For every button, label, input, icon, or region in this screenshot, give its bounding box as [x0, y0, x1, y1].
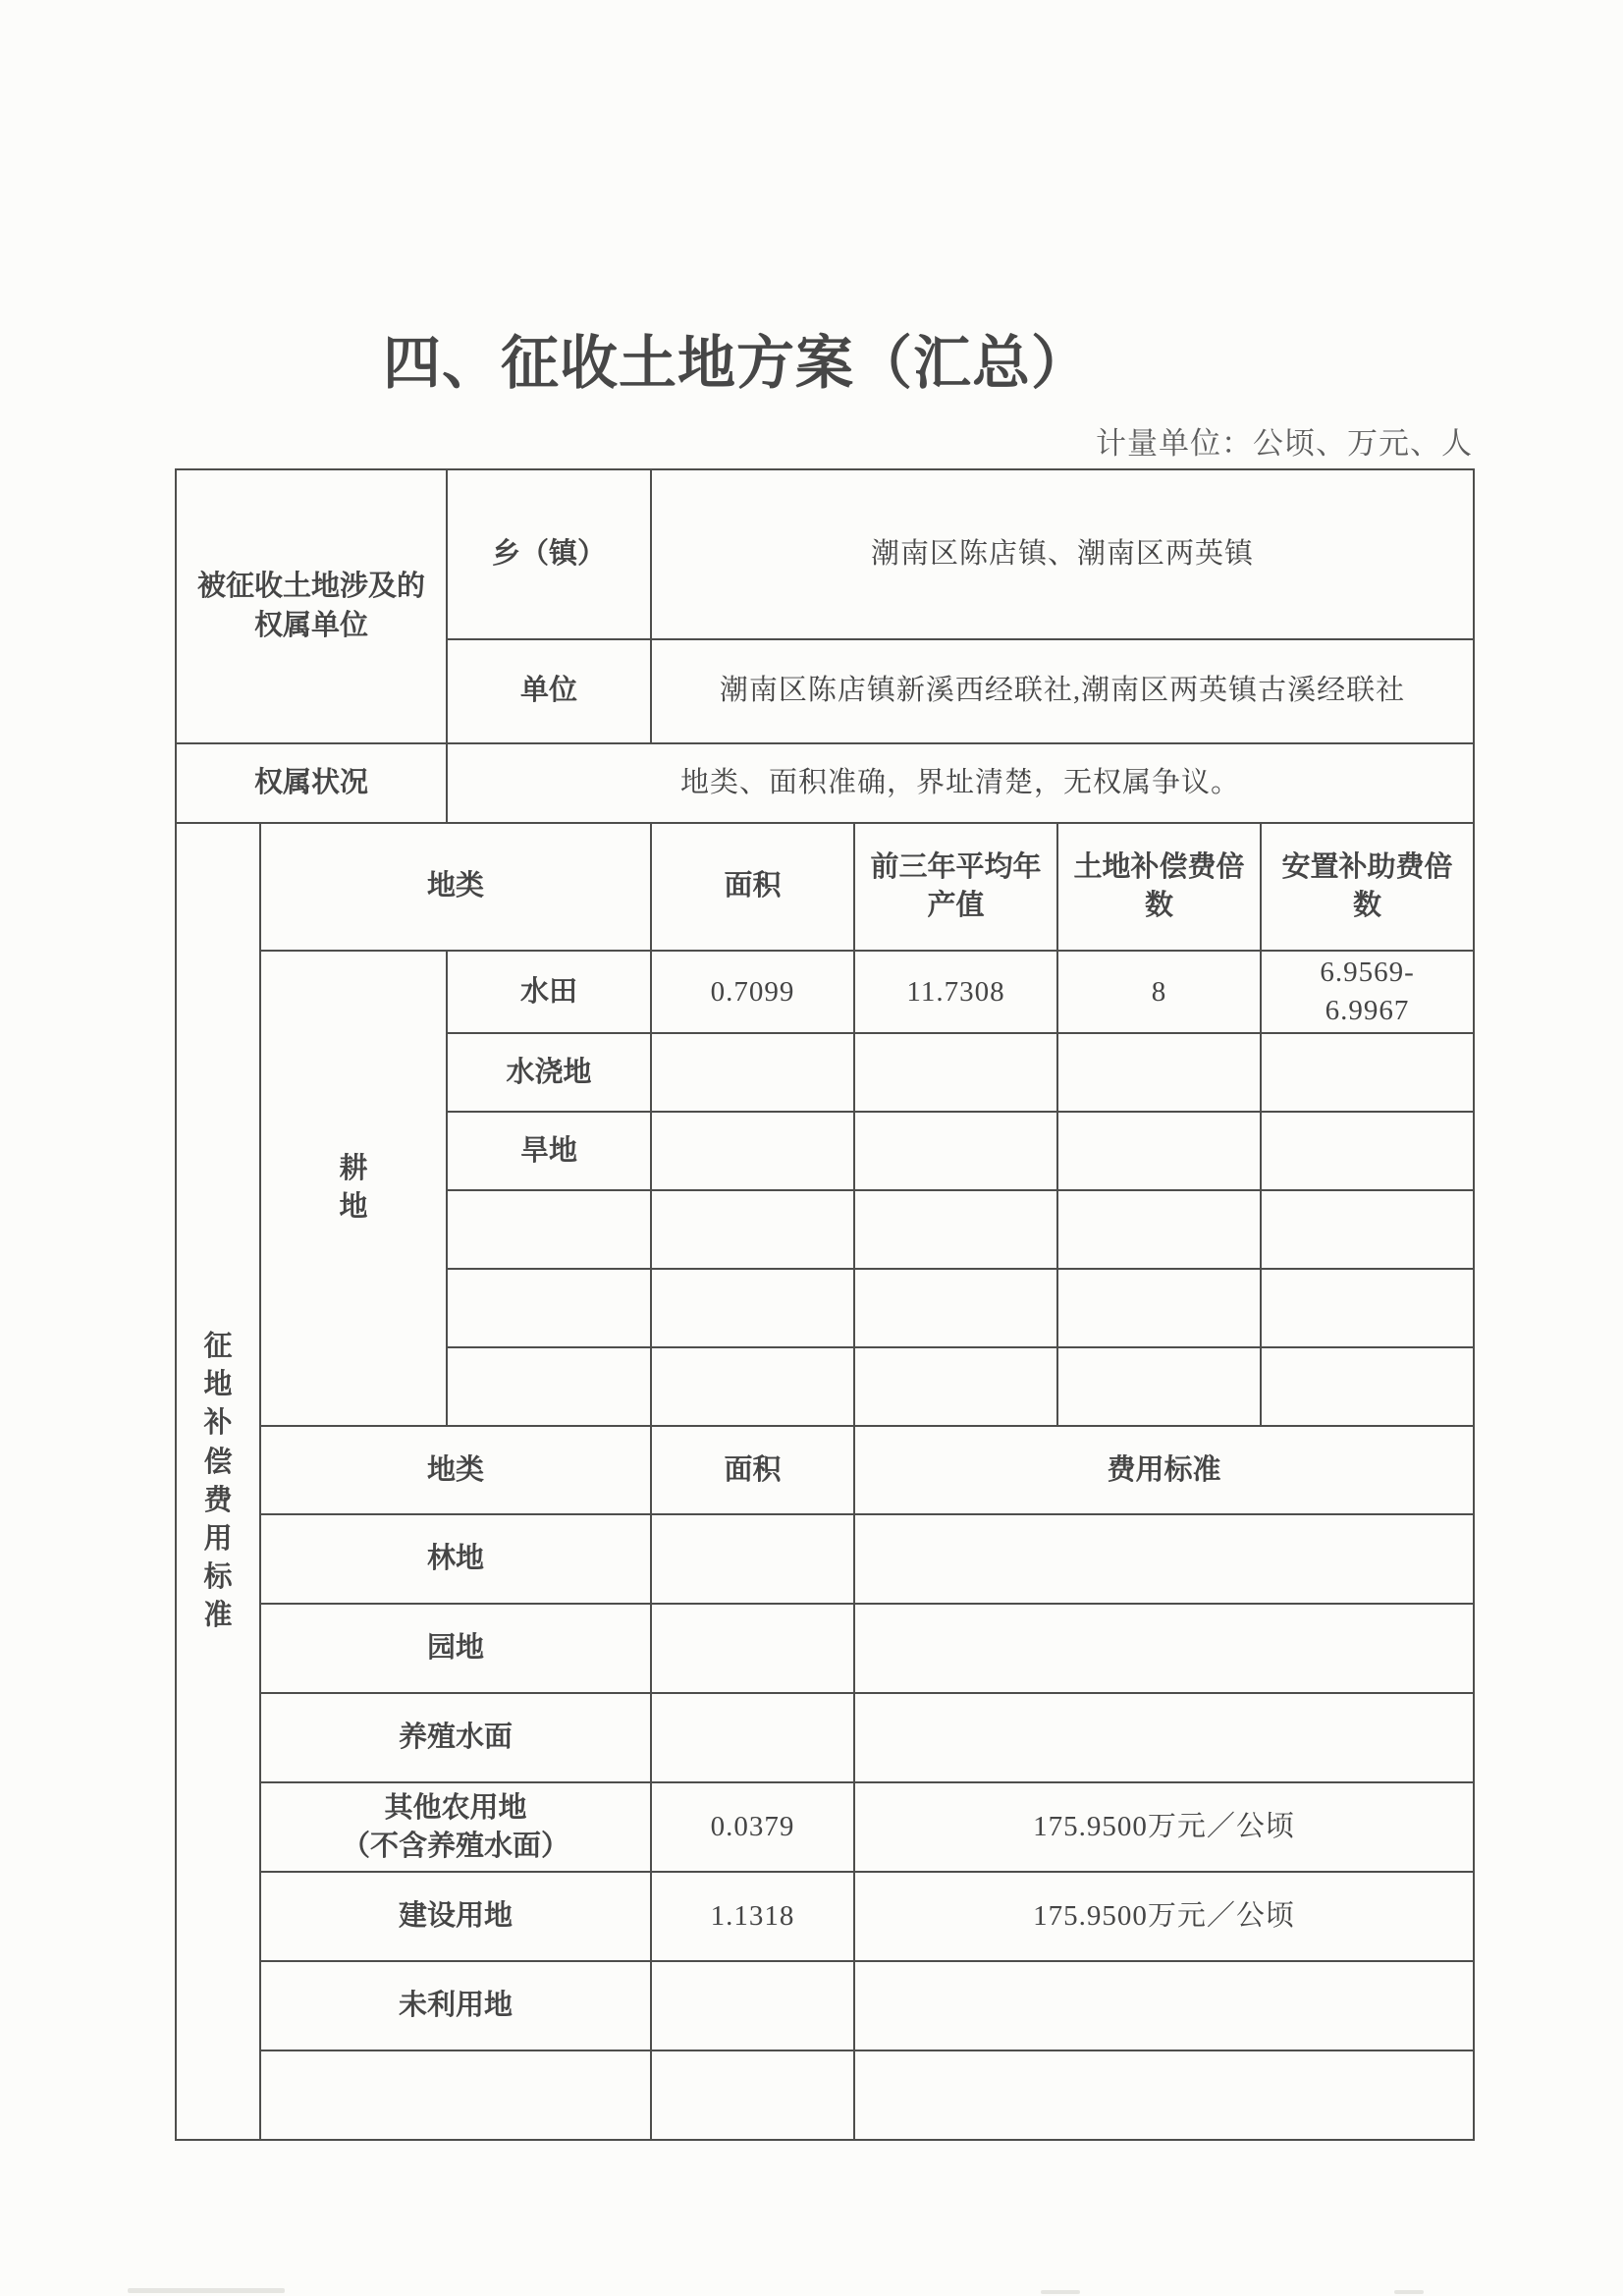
empty-cell — [447, 1190, 651, 1269]
table-row: 林地 — [176, 1514, 1474, 1604]
t2-header-area: 面积 — [651, 1426, 854, 1514]
empty-cell — [854, 1269, 1057, 1347]
table-row: 征 地 补 偿 费 用 标 准 地类 面积 前三年平均年 产值 土地补偿费倍 数… — [176, 823, 1474, 951]
t2-row-label-other-agri: 其他农用地 （不含养殖水面） — [260, 1782, 651, 1872]
empty-cell — [1057, 1033, 1261, 1112]
t2-other-agri-fee: 175.9500万元／公顷 — [854, 1782, 1474, 1872]
t1-header-land-type: 地类 — [260, 823, 651, 951]
land-compensation-table: 被征收土地涉及的 权属单位 乡（镇） 潮南区陈店镇、潮南区两英镇 单位 潮南区陈… — [175, 468, 1475, 2141]
t1-header-resettle-multiple: 安置补助费倍 数 — [1261, 823, 1474, 951]
township-label: 乡（镇） — [447, 469, 651, 639]
empty-cell — [651, 1961, 854, 2050]
unit-label: 单位 — [447, 639, 651, 743]
t2-row-label-aquaculture: 养殖水面 — [260, 1693, 651, 1782]
empty-cell — [854, 1514, 1474, 1604]
t1-paddy-land-comp: 8 — [1057, 951, 1261, 1033]
empty-cell — [854, 1347, 1057, 1426]
empty-cell — [651, 1514, 854, 1604]
page-title: 四、征收土地方案（汇总） — [88, 316, 1384, 400]
empty-cell — [1261, 1033, 1474, 1112]
document-page: 四、征收土地方案（汇总） 计量单位：公顷、万元、人 被征收土地涉及的 权属单位 … — [0, 0, 1623, 2296]
empty-cell — [447, 1269, 651, 1347]
t2-other-agri-area: 0.0379 — [651, 1782, 854, 1872]
empty-cell — [854, 1604, 1474, 1693]
empty-cell — [1261, 1112, 1474, 1190]
table-row: 耕 地 水田 0.7099 11.7308 8 6.9569- 6.9967 — [176, 951, 1474, 1033]
t2-construction-fee: 175.9500万元／公顷 — [854, 1872, 1474, 1961]
empty-cell — [447, 1347, 651, 1426]
t1-row-label-dry: 旱地 — [447, 1112, 651, 1190]
empty-cell — [854, 1961, 1474, 2050]
empty-cell — [651, 1604, 854, 1693]
table-row: 其他农用地 （不含养殖水面） 0.0379 175.9500万元／公顷 — [176, 1782, 1474, 1872]
table-row: 园地 — [176, 1604, 1474, 1693]
unit-value: 潮南区陈店镇新溪西经联社,潮南区两英镇古溪经联社 — [651, 639, 1474, 743]
township-value: 潮南区陈店镇、潮南区两英镇 — [651, 469, 1474, 639]
empty-cell — [1261, 1190, 1474, 1269]
t2-construction-area: 1.1318 — [651, 1872, 854, 1961]
empty-cell — [1261, 1269, 1474, 1347]
table-row: 未利用地 — [176, 1961, 1474, 2050]
empty-cell — [854, 1033, 1057, 1112]
empty-cell — [854, 1112, 1057, 1190]
empty-cell — [1057, 1347, 1261, 1426]
scan-artifact — [1394, 2290, 1424, 2294]
empty-cell — [854, 2050, 1474, 2140]
section-side-label: 征 地 补 偿 费 用 标 准 — [176, 823, 260, 2140]
ownership-status-value: 地类、面积准确，界址清楚，无权属争议。 — [447, 743, 1474, 823]
empty-cell — [651, 1033, 854, 1112]
ownership-units-label: 被征收土地涉及的 权属单位 — [176, 469, 447, 743]
t1-header-area: 面积 — [651, 823, 854, 951]
measurement-unit-note: 计量单位：公顷、万元、人 — [785, 418, 1473, 463]
empty-cell — [651, 1112, 854, 1190]
table-row: 养殖水面 — [176, 1693, 1474, 1782]
t1-row-label-paddy: 水田 — [447, 951, 651, 1033]
t2-header-fee-standard: 费用标准 — [854, 1426, 1474, 1514]
ownership-status-label: 权属状况 — [176, 743, 447, 823]
empty-cell — [651, 1693, 854, 1782]
t2-row-label-construction: 建设用地 — [260, 1872, 651, 1961]
t2-row-label-forest: 林地 — [260, 1514, 651, 1604]
empty-cell — [651, 1269, 854, 1347]
scan-artifact — [1041, 2290, 1080, 2294]
empty-cell — [1057, 1112, 1261, 1190]
t1-row-label-irrigated: 水浇地 — [447, 1033, 651, 1112]
table-row: 被征收土地涉及的 权属单位 乡（镇） 潮南区陈店镇、潮南区两英镇 — [176, 469, 1474, 639]
scan-artifact — [128, 2288, 285, 2293]
cultivated-land-group-label: 耕 地 — [260, 951, 447, 1426]
t1-header-land-comp-multiple: 土地补偿费倍 数 — [1057, 823, 1261, 951]
t2-row-label-unused: 未利用地 — [260, 1961, 651, 2050]
t1-paddy-resettle: 6.9569- 6.9967 — [1261, 951, 1474, 1033]
empty-cell — [651, 2050, 854, 2140]
empty-cell — [854, 1693, 1474, 1782]
empty-cell — [1057, 1269, 1261, 1347]
t1-header-avg-output: 前三年平均年 产值 — [854, 823, 1057, 951]
table-row: 地类 面积 费用标准 — [176, 1426, 1474, 1514]
t2-row-label-garden: 园地 — [260, 1604, 651, 1693]
t1-paddy-area: 0.7099 — [651, 951, 854, 1033]
empty-cell — [651, 1347, 854, 1426]
empty-cell — [651, 1190, 854, 1269]
empty-cell — [1261, 1347, 1474, 1426]
empty-cell — [1057, 1190, 1261, 1269]
table-row: 权属状况 地类、面积准确，界址清楚，无权属争议。 — [176, 743, 1474, 823]
t1-paddy-avg-output: 11.7308 — [854, 951, 1057, 1033]
empty-cell — [260, 2050, 651, 2140]
table-row: 建设用地 1.1318 175.9500万元／公顷 — [176, 1872, 1474, 1961]
empty-cell — [854, 1190, 1057, 1269]
t2-header-land-type: 地类 — [260, 1426, 651, 1514]
table-row — [176, 2050, 1474, 2140]
